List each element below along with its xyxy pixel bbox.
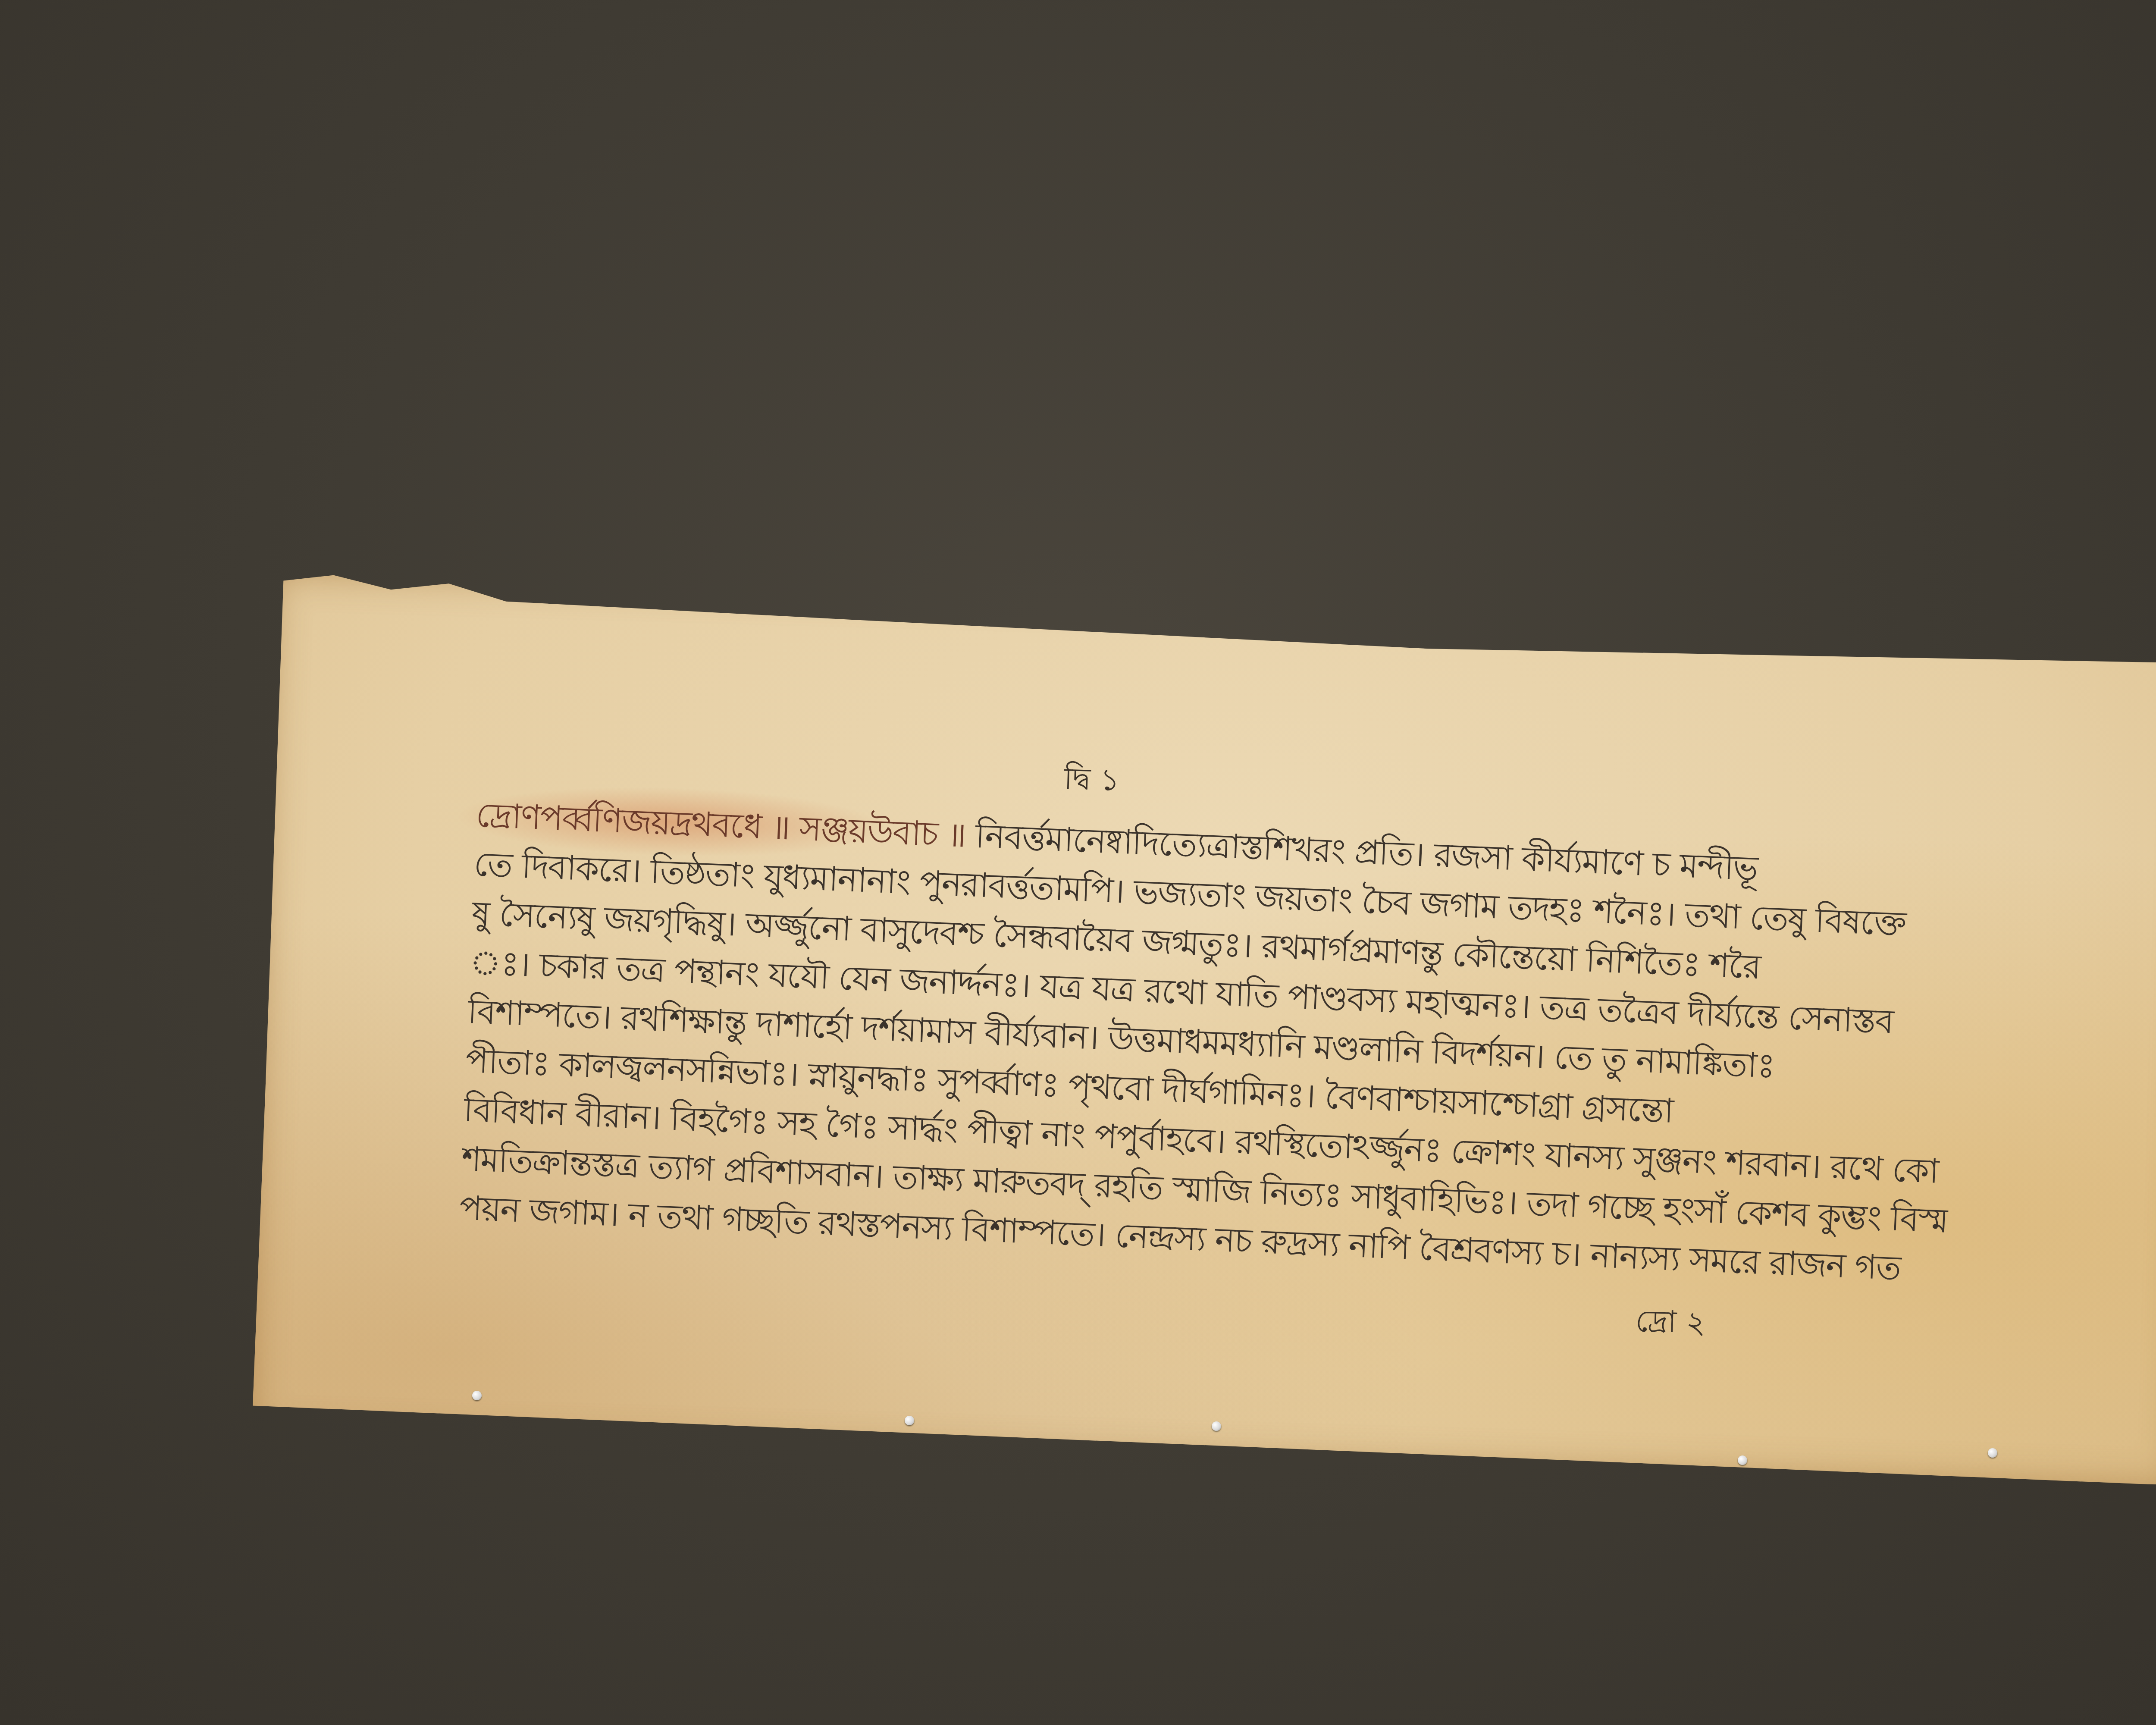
folio-mark-bottom: দ্রো ২ (1635, 1298, 1706, 1350)
manuscript-text: দ্রোণপর্ব্বণিজয়দ্রথবধে ॥ সঞ্জয়উবাচ ॥ ন… (458, 790, 1963, 1295)
rubric-heading: দ্রোণপর্ব্বণিজয়দ্রথবধে ॥ (475, 796, 790, 847)
mounting-pin (1738, 1455, 1747, 1465)
manuscript-leaf: দ্বি ১ দ্রোণপর্ব্বণিজয়দ্রথবধে ॥ সঞ্জয়উ… (252, 574, 2156, 1485)
folio-mark-top: দ্বি ১ (1063, 755, 1121, 807)
mounting-pin (472, 1391, 482, 1400)
mounting-pin (1212, 1421, 1221, 1431)
rubric-speaker: সঞ্জয়উবাচ ॥ (799, 809, 966, 855)
mounting-pin (1988, 1448, 1997, 1458)
mounting-pin (905, 1416, 914, 1425)
